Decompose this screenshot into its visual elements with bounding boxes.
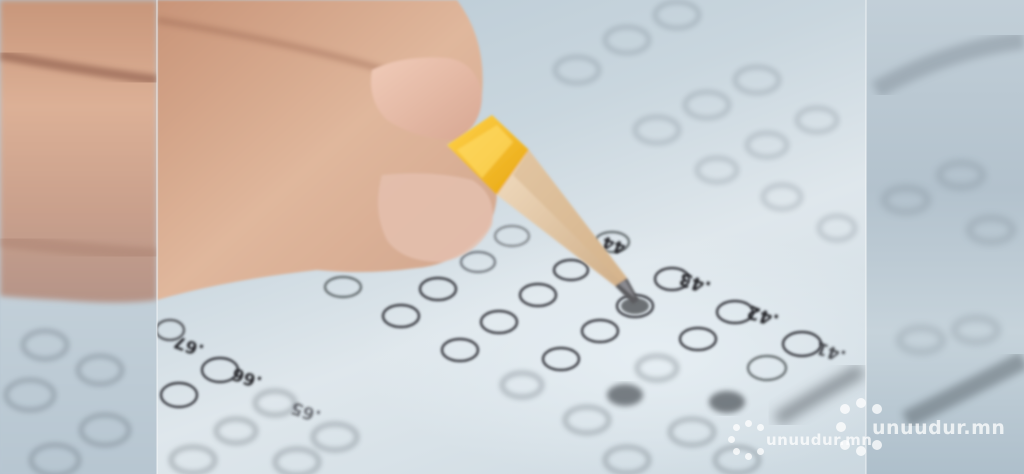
svg-text:.41: .41 (814, 337, 849, 366)
watermark-text: unuudur.mn (872, 417, 1005, 439)
watermark-logo-icon (728, 420, 768, 460)
main-photo: 44 .43 .42 .41 .67 .66 .65 (157, 0, 866, 474)
svg-text:.65: .65 (289, 397, 324, 426)
watermark-large: unuudur.mn (836, 398, 1005, 458)
svg-text:.42: .42 (745, 300, 782, 331)
hand (157, 0, 497, 300)
answer-sheet-scene: 44 .43 .42 .41 .67 .66 .65 (157, 0, 866, 474)
svg-text:.66: .66 (230, 363, 265, 392)
svg-text:.67: .67 (172, 331, 207, 360)
left-panel-artwork (0, 0, 157, 474)
left-blurred-panel (0, 0, 157, 474)
svg-text:.43: .43 (677, 267, 714, 298)
photo-frame: 44 .43 .42 .41 .67 .66 .65 (0, 0, 1024, 474)
panel-divider-left (156, 0, 158, 474)
